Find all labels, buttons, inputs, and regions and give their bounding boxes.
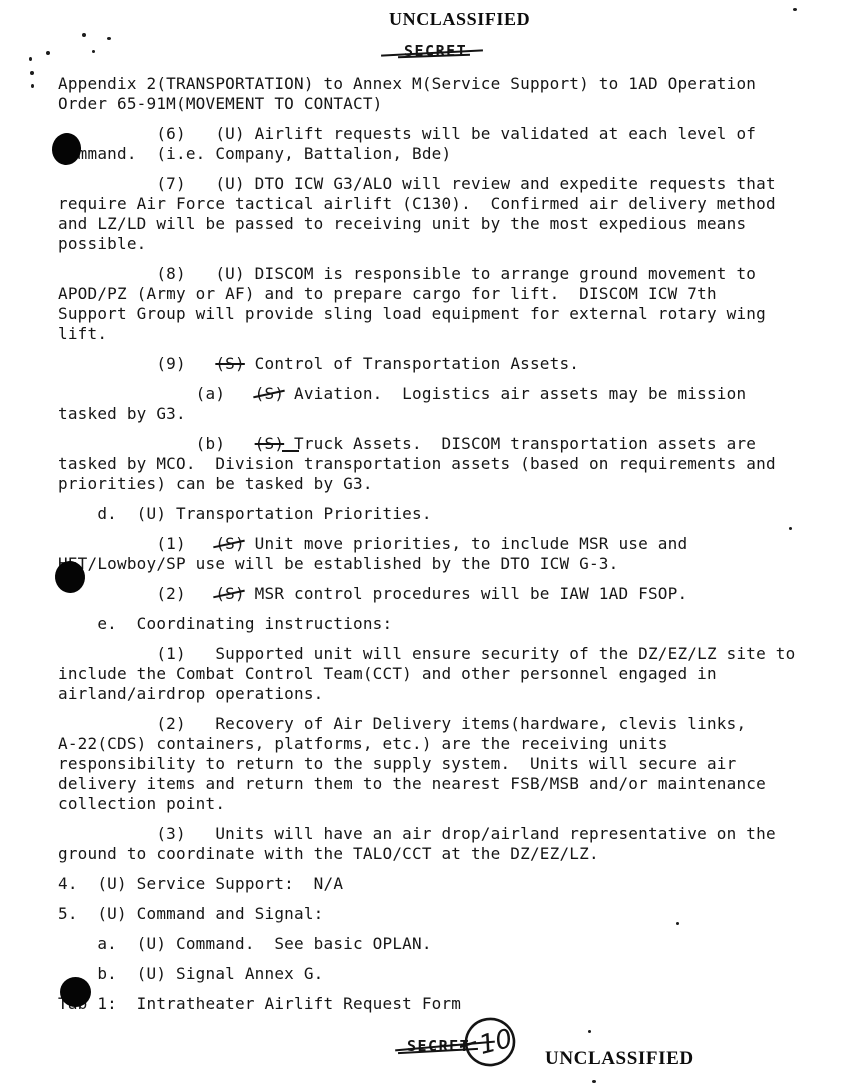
struck-classification-marker: (S) [215,584,245,604]
text-segment: (9) [58,354,215,373]
speck [592,1080,596,1083]
para-d: d. (U) Transportation Priorities. [58,504,828,524]
text-segment: include the Combat Control Team(CCT) and… [58,664,717,683]
para-5b: b. (U) Signal Annex G. [58,964,828,984]
struck-classification-marker: (S) [255,384,285,404]
text-line: airland/airdrop operations. [58,684,828,704]
para-d2: (2) (S) MSR control procedures will be I… [58,584,828,604]
speck [30,71,34,75]
para-e: e. Coordinating instructions: [58,614,828,634]
document-body: Appendix 2(TRANSPORTATION) to Annex M(Se… [58,74,828,1024]
text-line: (1) Supported unit will ensure security … [58,644,828,664]
text-line: (2) Recovery of Air Delivery items(hardw… [58,714,828,734]
speck [46,51,50,55]
hole-punch-mark-3 [60,977,91,1007]
text-segment: Order 65-91M(MOVEMENT TO CONTACT) [58,94,382,113]
text-segment: command. (i.e. Company, Battalion, Bde) [58,144,451,163]
text-segment: Appendix 2(TRANSPORTATION) to Annex M(Se… [58,74,756,93]
speck [29,57,32,61]
text-line: Appendix 2(TRANSPORTATION) to Annex M(Se… [58,74,828,94]
text-segment: (2) Recovery of Air Delivery items(hardw… [58,714,746,733]
speck [676,922,679,925]
para-appendix-title: Appendix 2(TRANSPORTATION) to Annex M(Se… [58,74,828,114]
text-line: (1) (S) Unit move priorities, to include… [58,534,828,554]
para-9a: (a) (S) Aviation. Logistics air assets m… [58,384,828,424]
bottom-classification-stamp: UNCLASSIFIED [545,1048,694,1070]
text-line: 4. (U) Service Support: N/A [58,874,828,894]
para-e2: (2) Recovery of Air Delivery items(hardw… [58,714,828,814]
text-line: (6) (U) Airlift requests will be validat… [58,124,828,144]
speck [92,50,95,53]
text-line: ground to coordinate with the TALO/CCT a… [58,844,828,864]
text-segment: airland/airdrop operations. [58,684,324,703]
text-segment: Truck Assets. DISCOM transportation asse… [284,434,756,453]
speck [793,8,797,11]
text-line: (2) (S) MSR control procedures will be I… [58,584,828,604]
para-5a: a. (U) Command. See basic OPLAN. [58,934,828,954]
text-line: collection point. [58,794,828,814]
text-segment: require Air Force tactical airlift (C130… [58,194,776,213]
text-line: (9) (S) Control of Transportation Assets… [58,354,828,374]
text-segment: priorities) can be tasked by G3. [58,474,373,493]
text-line: tasked by G3. [58,404,828,424]
text-segment: (8) (U) DISCOM is responsible to arrange… [58,264,756,283]
text-segment: possible. [58,234,147,253]
text-line: priorities) can be tasked by G3. [58,474,828,494]
text-segment: APOD/PZ (Army or AF) and to prepare carg… [58,284,717,303]
text-line: Support Group will provide sling load eq… [58,304,828,324]
text-line: (3) Units will have an air drop/airland … [58,824,828,844]
text-line: Order 65-91M(MOVEMENT TO CONTACT) [58,94,828,114]
text-line: delivery items and return them to the ne… [58,774,828,794]
text-segment: HET/Lowboy/SP use will be established by… [58,554,618,573]
text-line: A-22(CDS) containers, platforms, etc.) a… [58,734,828,754]
text-segment: (1) Supported unit will ensure security … [58,644,795,663]
struck-classification-marker: (S) [215,534,245,554]
text-line: possible. [58,234,828,254]
text-segment: 4. (U) Service Support: N/A [58,874,343,893]
speck [31,84,34,88]
text-segment: (1) [58,534,215,553]
text-segment: 5. (U) Command and Signal: [58,904,324,923]
struck-classification-marker: (S) [215,354,245,373]
para-tab-1: Tab 1: Intratheater Airlift Request Form [58,994,828,1014]
text-segment: d. (U) Transportation Priorities. [58,504,432,523]
text-segment: (a) [58,384,255,403]
text-segment: Aviation. Logistics air assets may be mi… [284,384,746,403]
text-segment: tasked by MCO. Division transportation a… [58,454,776,473]
text-line: 5. (U) Command and Signal: [58,904,828,924]
speck [588,1030,591,1033]
text-segment: (7) (U) DTO ICW G3/ALO will review and e… [58,174,776,193]
text-segment: Unit move priorities, to include MSR use… [245,534,687,553]
text-segment: and LZ/LD will be passed to receiving un… [58,214,746,233]
speck [789,527,792,530]
para-e1: (1) Supported unit will ensure security … [58,644,828,704]
handwritten-page-number-stamp: 10 [460,1015,518,1071]
text-line: include the Combat Control Team(CCT) and… [58,664,828,684]
text-line: d. (U) Transportation Priorities. [58,504,828,524]
text-segment: A-22(CDS) containers, platforms, etc.) a… [58,734,668,753]
text-line: responsibility to return to the supply s… [58,754,828,774]
para-5: 5. (U) Command and Signal: [58,904,828,924]
para-4: 4. (U) Service Support: N/A [58,874,828,894]
text-line: HET/Lowboy/SP use will be established by… [58,554,828,574]
para-9b: (b) (S) Truck Assets. DISCOM transportat… [58,434,828,494]
text-line: a. (U) Command. See basic OPLAN. [58,934,828,954]
para-9: (9) (S) Control of Transportation Assets… [58,354,828,374]
text-line: Tab 1: Intratheater Airlift Request Form [58,994,828,1014]
struck-classification-marker: (S) [255,434,285,454]
speck [82,33,86,37]
text-segment: a. (U) Command. See basic OPLAN. [58,934,432,953]
text-line: require Air Force tactical airlift (C130… [58,194,828,214]
text-line: e. Coordinating instructions: [58,614,828,634]
text-segment: ground to coordinate with the TALO/CCT a… [58,844,599,863]
text-segment: responsibility to return to the supply s… [58,754,736,773]
text-line: (7) (U) DTO ICW G3/ALO will review and e… [58,174,828,194]
para-7: (7) (U) DTO ICW G3/ALO will review and e… [58,174,828,254]
text-line: b. (U) Signal Annex G. [58,964,828,984]
para-e3: (3) Units will have an air drop/airland … [58,824,828,864]
text-segment: lift. [58,324,107,343]
text-segment: collection point. [58,794,225,813]
text-segment: (3) Units will have an air drop/airland … [58,824,776,843]
text-segment: (6) (U) Airlift requests will be validat… [58,124,756,143]
text-segment: b. (U) Signal Annex G. [58,964,324,983]
text-segment: Control of Transportation Assets. [245,354,579,373]
para-6: (6) (U) Airlift requests will be validat… [58,124,828,164]
text-line: command. (i.e. Company, Battalion, Bde) [58,144,828,164]
top-classification-stamp: UNCLASSIFIED [389,9,530,30]
text-line: (8) (U) DISCOM is responsible to arrange… [58,264,828,284]
text-segment: Tab 1: Intratheater Airlift Request Form [58,994,461,1013]
text-line: and LZ/LD will be passed to receiving un… [58,214,828,234]
text-segment: tasked by G3. [58,404,186,423]
text-line: tasked by MCO. Division transportation a… [58,454,828,474]
text-segment: (b) [58,434,255,453]
text-line: (b) (S) Truck Assets. DISCOM transportat… [58,434,828,454]
text-segment: e. Coordinating instructions: [58,614,392,633]
text-line: lift. [58,324,828,344]
text-segment: MSR control procedures will be IAW 1AD F… [245,584,687,603]
text-segment: delivery items and return them to the ne… [58,774,766,793]
speck [107,37,111,40]
text-line: (a) (S) Aviation. Logistics air assets m… [58,384,828,404]
para-d1: (1) (S) Unit move priorities, to include… [58,534,828,574]
text-segment: Support Group will provide sling load eq… [58,304,766,323]
scanned-document-page: UNCLASSIFIED SECRET Appendix 2(TRANSPORT… [0,0,848,1088]
para-8: (8) (U) DISCOM is responsible to arrange… [58,264,828,344]
text-line: APOD/PZ (Army or AF) and to prepare carg… [58,284,828,304]
